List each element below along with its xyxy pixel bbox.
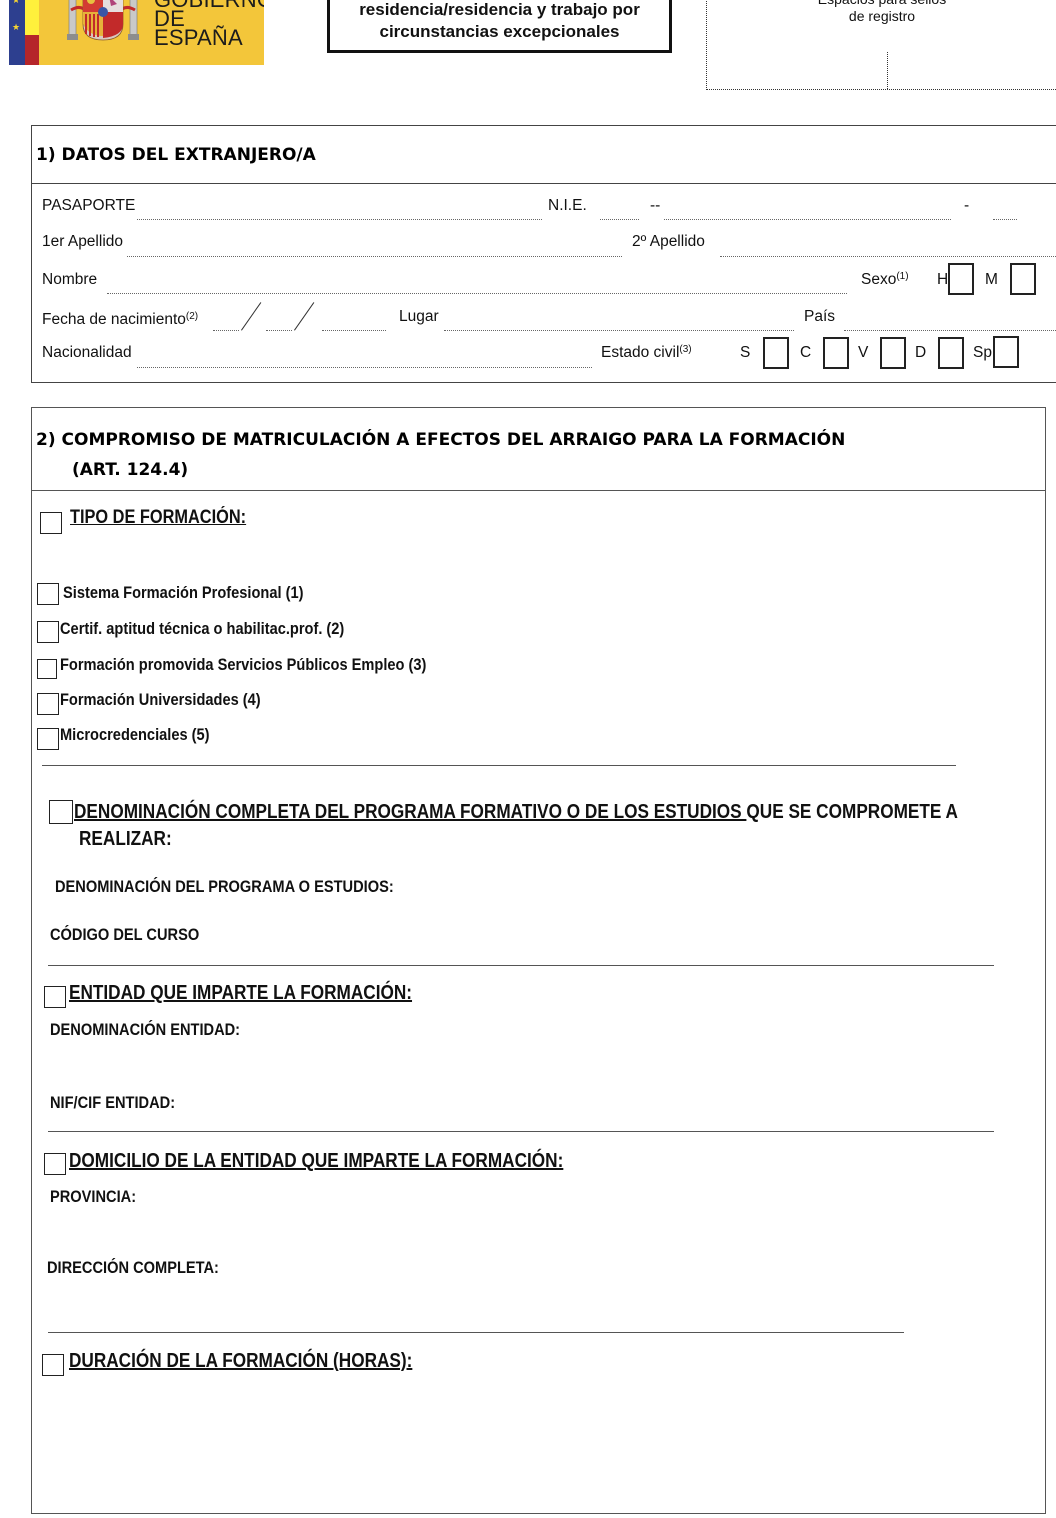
spain-flag-yellow — [25, 0, 39, 35]
estado-civil-sp-label: Sp — [973, 344, 992, 362]
nie-number-field[interactable] — [664, 219, 951, 220]
estado-civil-s-label: S — [740, 344, 750, 362]
estado-civil-s-checkbox[interactable] — [763, 337, 789, 369]
duracion-heading: DURACIÓN DE LA FORMACIÓN (HORAS): — [69, 1350, 412, 1373]
nie-separator: -- — [650, 197, 660, 215]
apellido2-label: 2º Apellido — [632, 233, 705, 251]
nie-separator: - — [964, 197, 969, 215]
lugar-field[interactable] — [444, 330, 794, 331]
fecha-nacimiento-label: Fecha de nacimiento(2) — [42, 311, 198, 329]
fecha-label-text: Fecha de nacimiento — [42, 311, 186, 328]
fecha-month-field[interactable] — [266, 330, 292, 331]
nie-suffix-field[interactable] — [993, 219, 1017, 220]
fecha-year-field[interactable] — [322, 330, 386, 331]
option-checkbox-2[interactable] — [37, 621, 59, 643]
estado-civil-note: (3) — [679, 344, 691, 355]
nif-cif-entidad-label: NIF/CIF ENTIDAD: — [50, 1093, 175, 1113]
option-label-5: Microcredenciales (5) — [60, 725, 210, 745]
denominacion-entidad-label: DENOMINACIÓN ENTIDAD: — [50, 1020, 240, 1040]
stamp-label-line-1: Espacios para sellos — [707, 0, 1056, 8]
section-1-title: 1) DATOS DEL EXTRANJERO/A — [36, 145, 316, 165]
divider-line — [42, 765, 956, 766]
option-label-4: Formación Universidades (4) — [60, 690, 261, 710]
entidad-checkbox[interactable] — [44, 986, 66, 1008]
government-name: GOBIERNO DE ESPAÑA — [154, 0, 264, 47]
section-2-title: 2) COMPROMISO DE MATRICULACIÓN A EFECTOS… — [36, 425, 845, 485]
estado-civil-c-checkbox[interactable] — [823, 337, 849, 369]
section-1-header: 1) DATOS DEL EXTRANJERO/A — [32, 126, 1056, 184]
option-label-3: Formación promovida Servicios Públicos E… — [60, 655, 426, 675]
star-icon: ★ — [12, 0, 20, 5]
programa-checkbox[interactable] — [49, 800, 73, 824]
nombre-label: Nombre — [42, 271, 97, 289]
spain-flag-red — [25, 35, 39, 65]
sexo-label: Sexo(1) — [861, 271, 909, 289]
section-compromiso-matriculacion: 2) COMPROMISO DE MATRICULACIÓN A EFECTOS… — [31, 407, 1046, 1514]
programa-heading: DENOMINACIÓN COMPLETA DEL PROGRAMA FORMA… — [74, 801, 958, 824]
sexo-option-m-label: M — [985, 271, 998, 289]
coat-of-arms-icon — [67, 0, 139, 46]
date-slash — [294, 302, 314, 330]
programa-heading-underlined: DENOMINACIÓN COMPLETA DEL PROGRAMA FORMA… — [74, 801, 746, 823]
programa-heading-line-2: REALIZAR: — [79, 828, 172, 851]
lugar-label: Lugar — [399, 308, 439, 326]
sexo-m-checkbox[interactable] — [1010, 263, 1036, 295]
direccion-completa-label: DIRECCIÓN COMPLETA: — [47, 1258, 219, 1278]
nie-prefix-field[interactable] — [600, 219, 639, 220]
option-checkbox-1[interactable] — [37, 583, 59, 605]
divider-line — [48, 965, 994, 966]
sexo-h-checkbox[interactable] — [948, 263, 974, 295]
sexo-option-h-label: H — [937, 271, 948, 289]
tipo-formacion-checkbox[interactable] — [40, 512, 62, 534]
denominacion-programa-label: DENOMINACIÓN DEL PROGRAMA O ESTUDIOS: — [55, 877, 394, 897]
nacionalidad-field[interactable] — [137, 367, 592, 368]
estado-civil-d-checkbox[interactable] — [938, 337, 964, 369]
nacionalidad-label: Nacionalidad — [42, 344, 132, 362]
estado-civil-label: Estado civil(3) — [601, 344, 692, 362]
provincia-label: PROVINCIA: — [50, 1187, 136, 1207]
domicilio-checkbox[interactable] — [44, 1153, 66, 1175]
fecha-day-field[interactable] — [213, 330, 239, 331]
section-2-title-line-2: (ART. 124.4) — [36, 455, 845, 485]
logo-line-2: DE ESPAÑA — [154, 9, 264, 47]
pais-field[interactable] — [844, 330, 1056, 331]
estado-civil-v-label: V — [858, 344, 868, 362]
estado-civil-c-label: C — [800, 344, 811, 362]
pasaporte-label: PASAPORTE — [42, 197, 135, 215]
sexo-note: (1) — [896, 271, 908, 282]
programa-heading-rest: QUE SE COMPROMETE A — [746, 801, 958, 823]
apellido1-label: 1er Apellido — [42, 233, 123, 251]
option-checkbox-4[interactable] — [37, 693, 59, 715]
codigo-curso-label: CÓDIGO DEL CURSO — [50, 925, 199, 945]
apellido2-field[interactable] — [720, 256, 1056, 257]
star-icon: ★ — [12, 23, 20, 32]
estado-civil-sp-checkbox[interactable] — [993, 336, 1019, 368]
section-2-header: 2) COMPROMISO DE MATRICULACIÓN A EFECTOS… — [32, 408, 1045, 491]
registry-stamp-area: Espacios para sellos de registro — [706, 0, 1056, 90]
pasaporte-field[interactable] — [137, 219, 542, 220]
stamp-label-line-2: de registro — [707, 8, 1056, 25]
eu-flag-band — [9, 0, 25, 65]
form-title-line-2: circunstancias excepcionales — [330, 21, 669, 43]
domicilio-heading: DOMICILIO DE LA ENTIDAD QUE IMPARTE LA F… — [69, 1150, 563, 1173]
estado-civil-v-checkbox[interactable] — [880, 337, 906, 369]
stamp-divider — [887, 52, 888, 89]
fecha-note: (2) — [186, 311, 198, 322]
option-label-2: Certif. aptitud técnica o habilitac.prof… — [60, 619, 344, 639]
divider-line — [48, 1332, 904, 1333]
date-slash — [241, 302, 261, 330]
nie-label: N.I.E. — [548, 197, 587, 215]
sexo-label-text: Sexo — [861, 271, 896, 288]
apellido1-field[interactable] — [127, 256, 622, 257]
duracion-checkbox[interactable] — [42, 1354, 64, 1376]
option-checkbox-5[interactable] — [37, 728, 59, 750]
section-2-title-line-1: 2) COMPROMISO DE MATRICULACIÓN A EFECTOS… — [36, 425, 845, 455]
form-title-line-1: residencia/residencia y trabajo por — [330, 0, 669, 21]
tipo-formacion-heading: TIPO DE FORMACIÓN: — [70, 507, 246, 529]
estado-civil-d-label: D — [915, 344, 926, 362]
section-datos-extranjero: 1) DATOS DEL EXTRANJERO/A PASAPORTE N.I.… — [31, 125, 1056, 383]
estado-civil-label-text: Estado civil — [601, 344, 679, 361]
nombre-field[interactable] — [107, 293, 847, 294]
option-checkbox-3[interactable] — [37, 659, 57, 679]
pais-label: País — [804, 308, 835, 326]
form-title-box: residencia/residencia y trabajo por circ… — [327, 0, 672, 53]
entidad-heading: ENTIDAD QUE IMPARTE LA FORMACIÓN: — [69, 982, 412, 1005]
option-label-1: Sistema Formación Profesional (1) — [63, 583, 303, 603]
divider-line — [48, 1131, 994, 1132]
gobierno-espana-logo: ★ ★ GOBIERNO DE ESPAÑA — [9, 0, 264, 65]
